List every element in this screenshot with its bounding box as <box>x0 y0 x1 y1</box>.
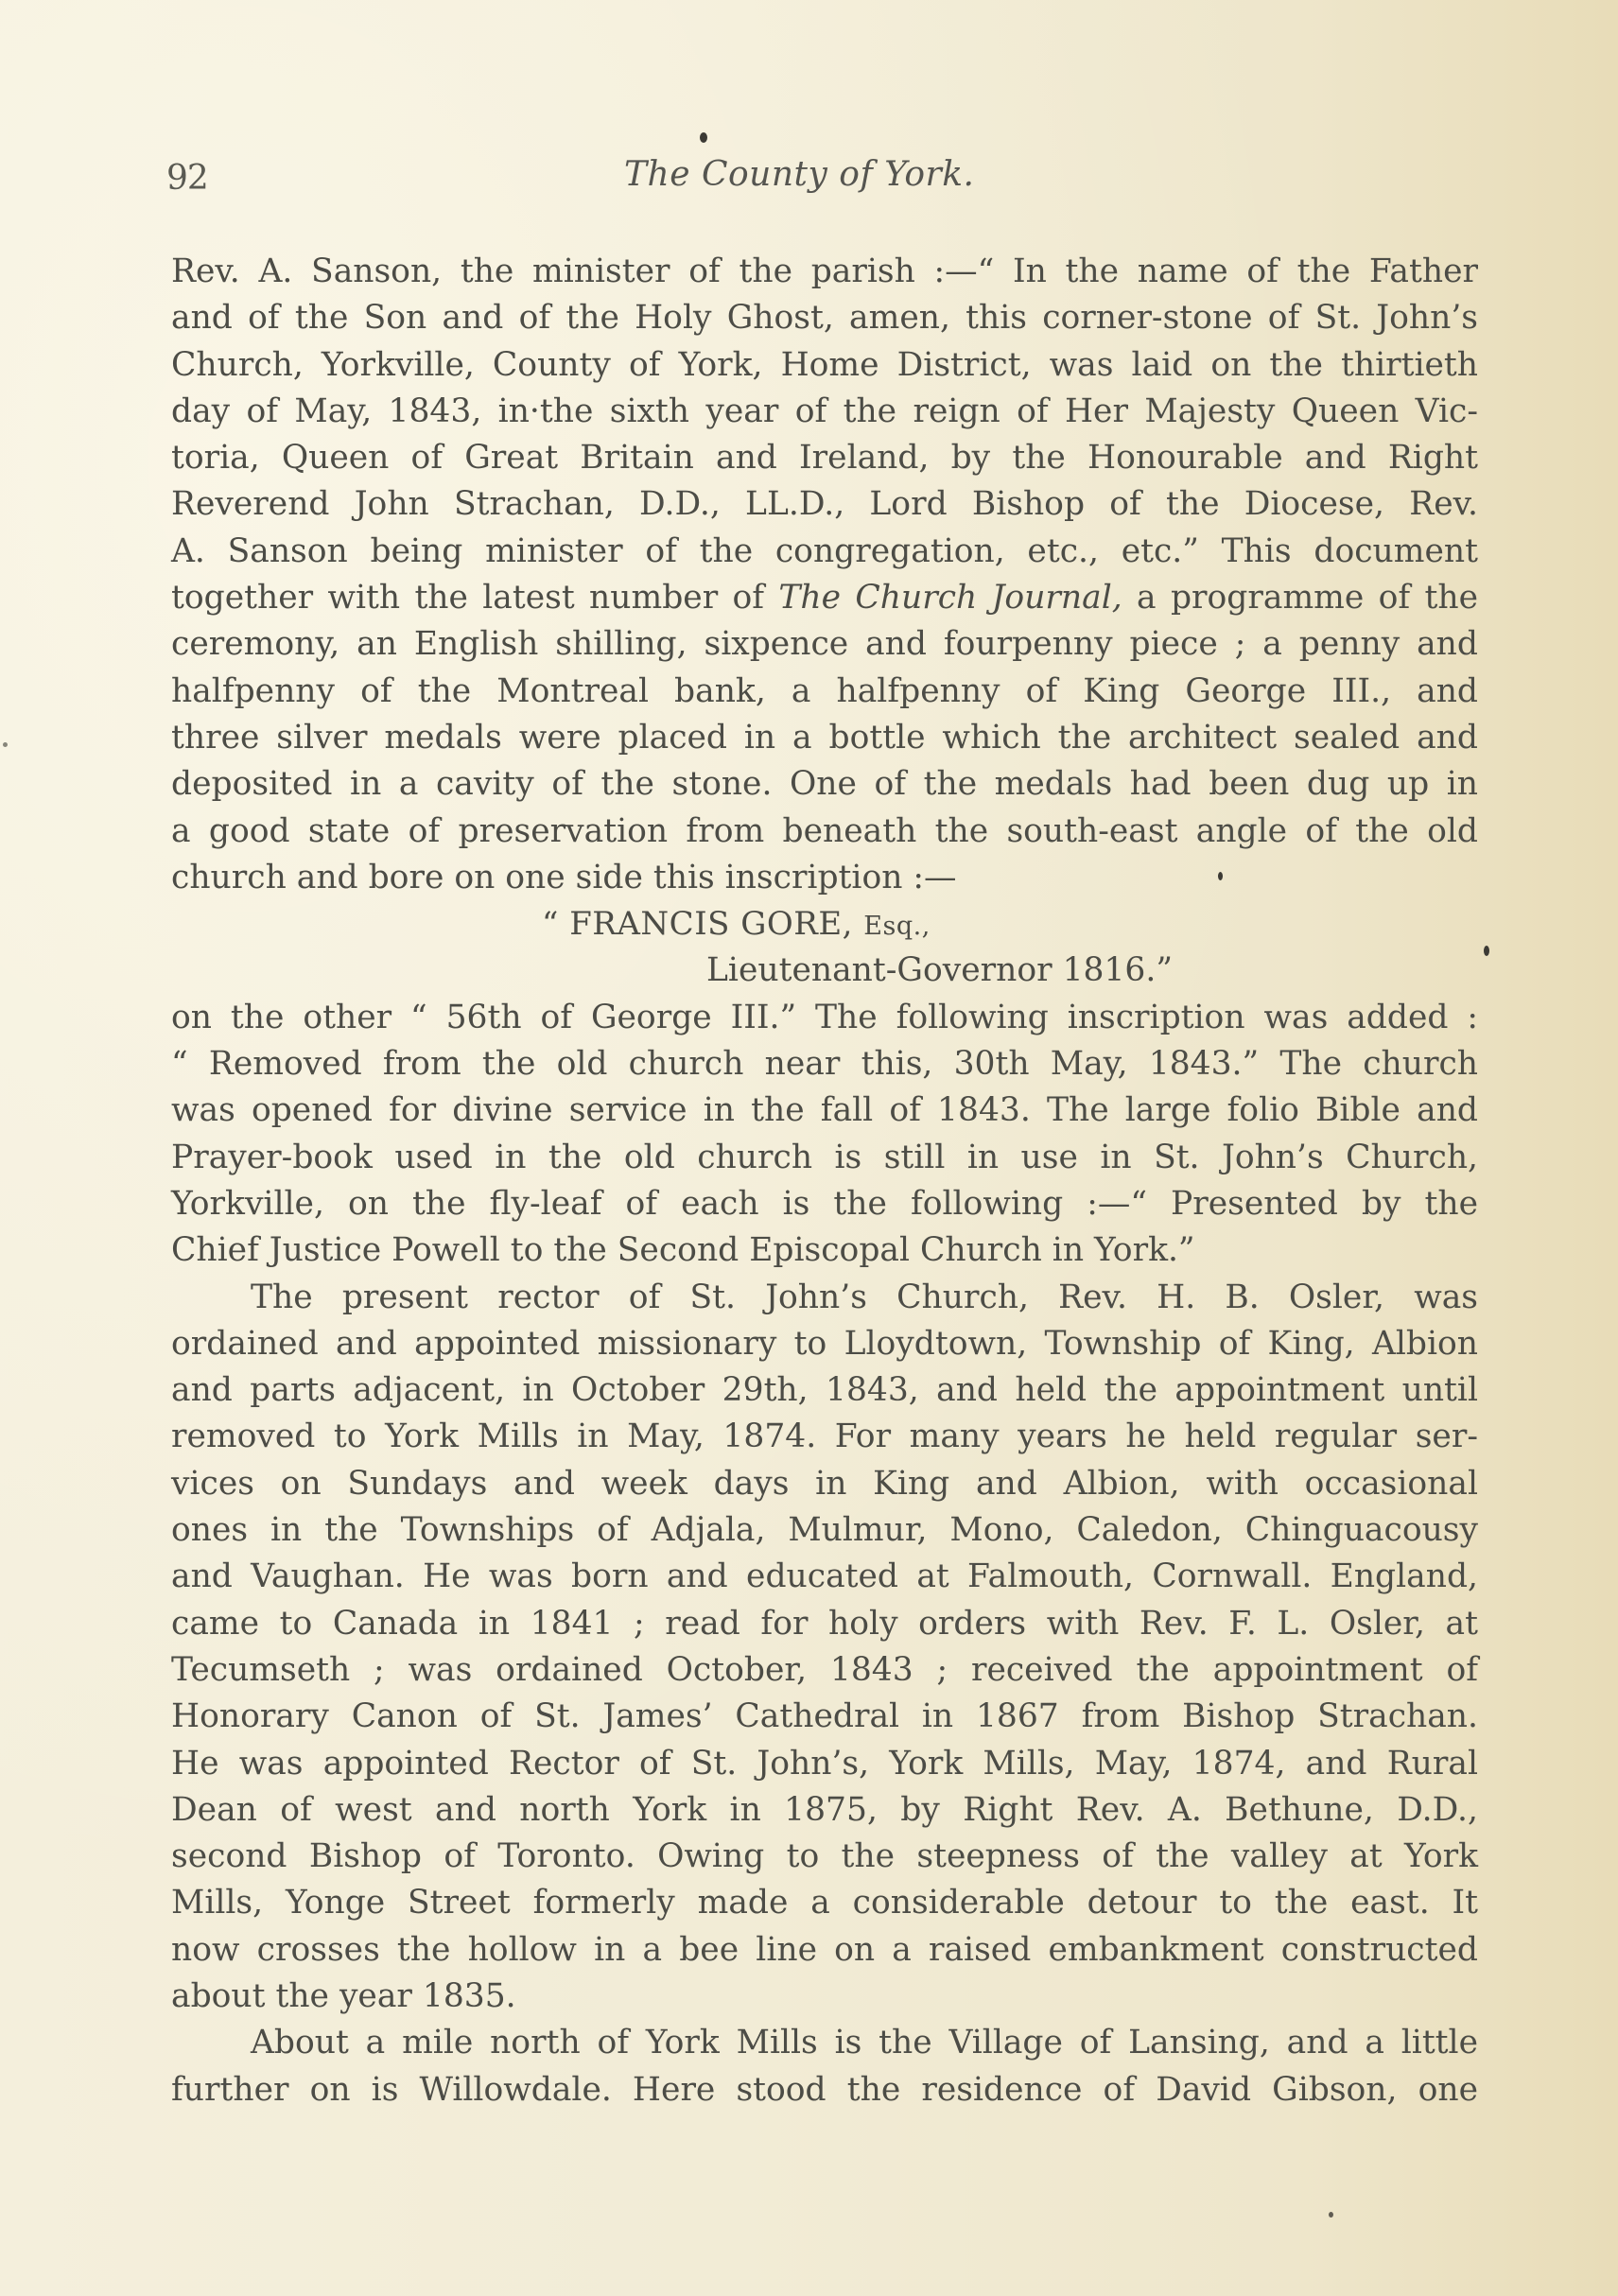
paragraph-first-line: About a mile north of York Mills is the … <box>171 2020 1478 2066</box>
text-run: together with the latest number of <box>171 579 778 617</box>
text-line: removed to York Mills in May, 1874. For … <box>171 1414 1478 1460</box>
ink-speck <box>700 132 707 143</box>
text-line: Church, Yorkville, County of York, Home … <box>171 342 1478 389</box>
text-line: Reverend John Strachan, D.D., LL.D., Lor… <box>171 481 1478 528</box>
text-line: a good state of preservation from beneat… <box>171 809 1478 855</box>
text-line: halfpenny of the Montreal bank, a halfpe… <box>171 669 1478 715</box>
ink-speck <box>1484 946 1489 956</box>
running-title: The County of York. <box>624 155 975 194</box>
text-line: now crosses the hollow in a bee line on … <box>171 1927 1478 1974</box>
text-line: Dean of west and north York in 1875, by … <box>171 1787 1478 1834</box>
text-line: second Bishop of Toronto. Owing to the s… <box>171 1834 1478 1880</box>
text-line: toria, Queen of Great Britain and Irelan… <box>171 435 1478 481</box>
text-line: He was appointed Rector of St. John’s, Y… <box>171 1741 1478 1787</box>
text-line: “ Removed from the old church near this,… <box>171 1041 1478 1087</box>
text-line: about the year 1835. <box>171 1974 1478 2020</box>
page-number: 92 <box>166 159 208 198</box>
text-line: together with the latest number of The C… <box>171 575 1478 621</box>
text-line: three silver medals were placed in a bot… <box>171 715 1478 761</box>
text-line: and parts adjacent, in October 29th, 184… <box>171 1367 1478 1414</box>
text-line: Prayer-book used in the old church is st… <box>171 1135 1478 1181</box>
text-line: Honorary Canon of St. James’ Cathedral i… <box>171 1694 1478 1740</box>
text-line: Mills, Yonge Street formerly made a cons… <box>171 1880 1478 1926</box>
text-line: Tecumseth ; was ordained October, 1843 ;… <box>171 1647 1478 1694</box>
text-line: vices on Sundays and week days in King a… <box>171 1461 1478 1507</box>
text-line: Rev. A. Sanson, the minister of the pari… <box>171 249 1478 295</box>
text-line: and Vaughan. He was born and educated at… <box>171 1554 1478 1600</box>
text-line: further on is Willowdale. Here stood the… <box>171 2067 1478 2113</box>
text-line: Yorkville, on the fly-leaf of each is th… <box>171 1181 1478 1227</box>
inscription-line-2: Lieutenant-Governor 1816.” <box>171 948 1478 994</box>
text-line: on the other “ 56th of George III.” The … <box>171 995 1478 1041</box>
text-line: came to Canada in 1841 ; read for holy o… <box>171 1601 1478 1647</box>
text-line: church and bore on one side this inscrip… <box>171 855 1478 901</box>
text-line: A. Sanson being minister of the congrega… <box>171 529 1478 575</box>
text-run: a programme of the <box>1122 579 1478 617</box>
text-line: day of May, 1843, in·the sixth year of t… <box>171 389 1478 435</box>
journal-title: The Church Journal, <box>778 579 1122 617</box>
text-line: deposited in a cavity of the stone. One … <box>171 761 1478 808</box>
text-line: ceremony, an English shilling, sixpence … <box>171 621 1478 668</box>
text-line: Chief Justice Powell to the Second Episc… <box>171 1227 1478 1274</box>
paragraph-first-line: The present rector of St. John’s Church,… <box>171 1275 1478 1321</box>
ink-speck <box>3 742 8 747</box>
ink-speck <box>1329 2212 1333 2218</box>
running-head: 92 The County of York. <box>0 159 1618 216</box>
inscription-name: “ FRANCIS GORE, <box>542 905 863 943</box>
text-line: ordained and appointed missionary to Llo… <box>171 1321 1478 1367</box>
book-page: 92 The County of York. Rev. A. Sanson, t… <box>0 0 1618 2296</box>
text-line: ones in the Townships of Adjala, Mulmur,… <box>171 1507 1478 1554</box>
text-line: was opened for divine service in the fal… <box>171 1087 1478 1134</box>
text-line: and of the Son and of the Holy Ghost, am… <box>171 295 1478 341</box>
inscription-line-1: “ FRANCIS GORE, Esq., <box>171 901 1478 948</box>
body-text: Rev. A. Sanson, the minister of the pari… <box>171 249 1478 2113</box>
inscription-title-abbrev: Esq., <box>863 912 931 941</box>
